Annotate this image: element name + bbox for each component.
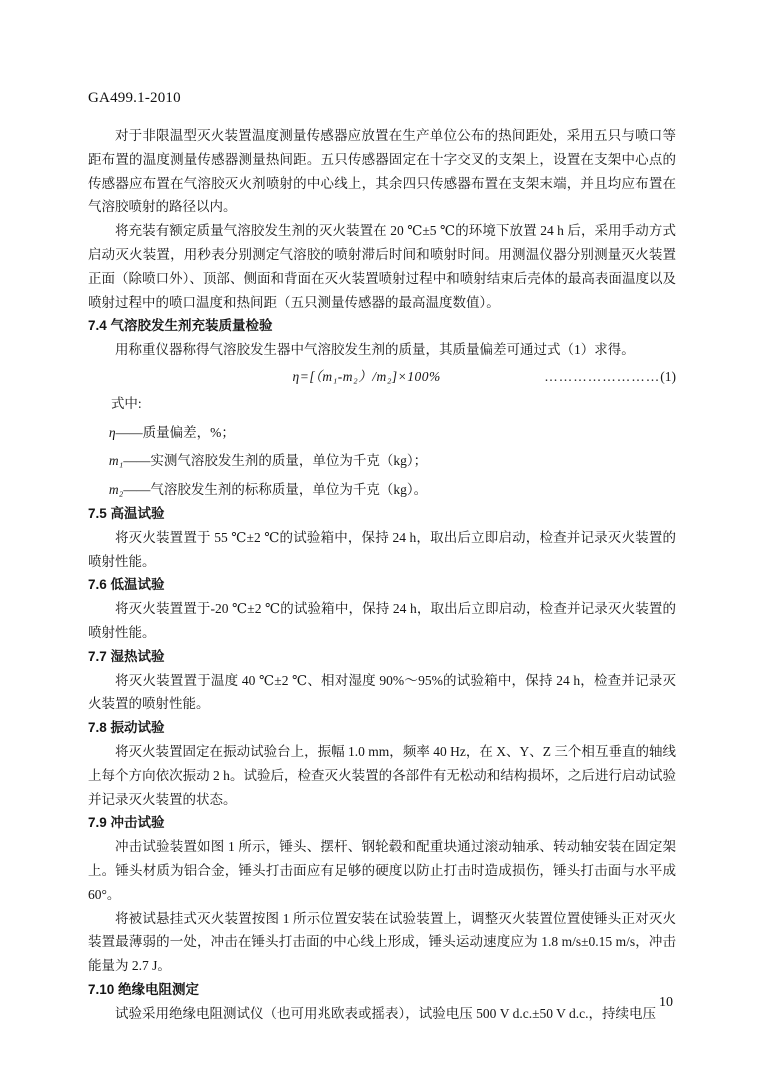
document-page: GA499.1-2010 对于非限温型灭火装置温度测量传感器应放置在生产单位公布…: [0, 0, 763, 1074]
formula-dots: ……………………: [544, 369, 660, 384]
page-number: 10: [659, 995, 673, 1011]
paragraph: 对于非限温型灭火装置温度测量传感器应放置在生产单位公布的热间距处，采用五只与喷口…: [88, 124, 676, 219]
document-content: 对于非限温型灭火装置温度测量传感器应放置在生产单位公布的热间距处，采用五只与喷口…: [88, 124, 676, 1025]
definition-symbol: m₁: [109, 453, 123, 468]
section-heading-7-4: 7.4 气溶胶发生剂充装质量检验: [88, 314, 676, 338]
paragraph: 将灭火装置置于温度 40 ℃±2 ℃、相对湿度 90%～95%的试验箱中，保持 …: [88, 669, 676, 717]
paragraph: 冲击试验装置如图 1 所示，锤头、摆杆、钢轮毂和配重块通过滚动轴承、转动轴安装在…: [88, 835, 676, 906]
definition-symbol: η: [109, 425, 116, 440]
definition-desc: ——实测气溶胶发生剂的质量，单位为千克（kg）；: [123, 453, 427, 468]
section-heading-7-8: 7.8 振动试验: [88, 716, 676, 740]
formula-number: (1): [660, 369, 676, 384]
section-heading-7-10: 7.10 绝缘电阻测定: [88, 978, 676, 1002]
section-heading-7-6: 7.6 低温试验: [88, 573, 676, 597]
paragraph: 将灭火装置置于 55 ℃±2 ℃的试验箱中，保持 24 h，取出后立即启动，检查…: [88, 526, 676, 574]
formula-block: η=[（m₁-m₂）/m₂]×100% ……………………(1): [88, 365, 676, 389]
paragraph: 将被试悬挂式灭火装置按图 1 所示位置安装在试验装置上，调整灭火装置位置使锤头正…: [88, 907, 676, 978]
paragraph: 将灭火装置固定在振动试验台上，振幅 1.0 mm，频率 40 Hz，在 X、Y、…: [88, 740, 676, 811]
paragraph: 试验采用绝缘电阻测试仪（也可用兆欧表或摇表），试验电压 500 V d.c.±5…: [88, 1002, 676, 1026]
section-heading-7-5: 7.5 高温试验: [88, 502, 676, 526]
section-heading-7-9: 7.9 冲击试验: [88, 811, 676, 835]
formula-expression: η=[（m₁-m₂）/m₂]×100%: [293, 365, 441, 389]
section-heading-7-7: 7.7 湿热试验: [88, 645, 676, 669]
definition-desc: ——气溶胶发生剂的标称质量，单位为千克（kg）。: [123, 482, 427, 497]
where-label: 式中:: [88, 392, 676, 416]
paragraph: 将充装有额定质量气溶胶发生剂的灭火装置在 20 ℃±5 ℃的环境下放置 24 h…: [88, 219, 676, 314]
paragraph: 将灭火装置置于-20 ℃±2 ℃的试验箱中，保持 24 h，取出后立即启动，检查…: [88, 597, 676, 645]
formula-tail: ……………………(1): [441, 365, 676, 389]
definition-item: η——质量偏差，%；: [88, 421, 676, 445]
paragraph: 用称重仪器称得气溶胶发生器中气溶胶发生剂的质量，其质量偏差可通过式（1）求得。: [88, 338, 676, 362]
definition-item: m₂——气溶胶发生剂的标称质量，单位为千克（kg）。: [88, 478, 676, 502]
definition-symbol: m₂: [109, 482, 123, 497]
running-header: GA499.1-2010: [88, 90, 181, 107]
definition-desc: ——质量偏差，%；: [116, 425, 235, 440]
definition-item: m₁——实测气溶胶发生剂的质量，单位为千克（kg）；: [88, 449, 676, 473]
